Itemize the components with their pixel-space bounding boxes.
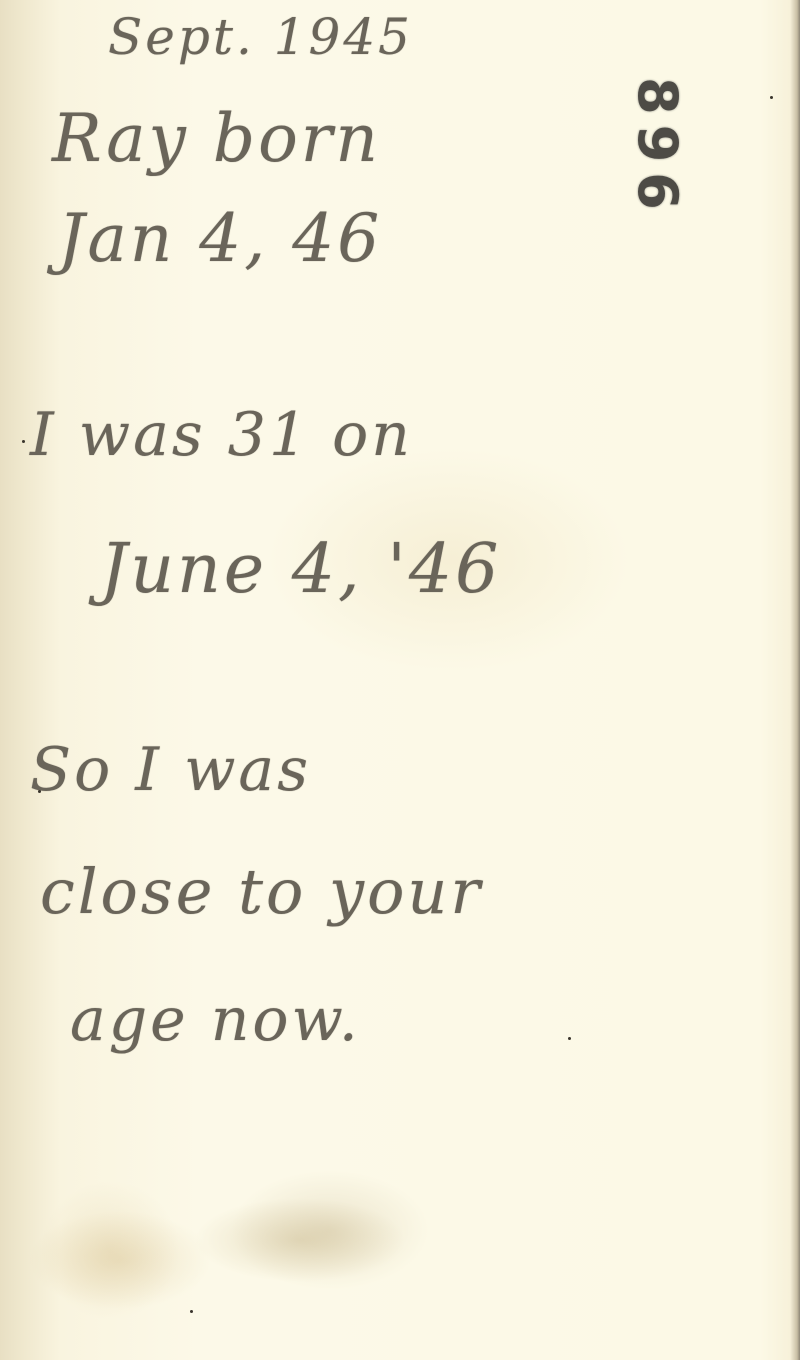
handwritten-line-age-now: age now.: [70, 985, 361, 1055]
paper-stain: [40, 1180, 180, 1320]
paper-stain: [230, 1170, 430, 1290]
handwritten-line-date: Sept. 1945: [108, 8, 413, 66]
handwritten-line-so-i-was: So I was: [30, 735, 311, 805]
handwritten-line-birth-date: Jan 4, 46: [58, 200, 382, 277]
handwritten-line-age: I was 31 on: [30, 400, 413, 470]
stamp-number-text: 896: [626, 77, 689, 220]
paper-speck: [22, 440, 25, 443]
handwritten-line-close-to-your: close to your: [40, 855, 483, 928]
paper-speck: [770, 96, 773, 99]
handwritten-line-ray-born: Ray born: [52, 100, 381, 177]
paper-speck: [38, 790, 41, 793]
stamped-number: 896: [612, 58, 702, 238]
paper-speck: [568, 1037, 571, 1040]
photo-back-paper: Sept. 1945 Ray born Jan 4, 46 I was 31 o…: [0, 0, 800, 1360]
handwritten-line-june-date: June 4, '46: [100, 530, 501, 609]
paper-speck: [190, 1310, 193, 1313]
